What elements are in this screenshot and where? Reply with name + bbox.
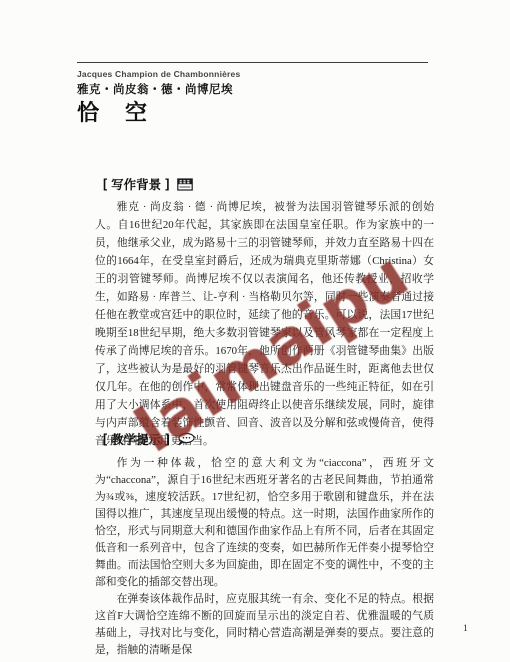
- bracket-open: [: [103, 432, 107, 446]
- page-title: 恰 空: [77, 96, 149, 127]
- paragraph: 雅克 · 尚皮翁 · 德 · 尚博尼埃，被誉为法国羽管键琴乐派的创始人。自16世…: [95, 198, 434, 450]
- author-name-latin: Jacques Champion de Chambonnières: [77, 69, 240, 79]
- bracket-close: ]: [165, 432, 169, 446]
- section-heading-teaching-tips: [ 教学提示 ]: [103, 430, 195, 448]
- header-rule: [77, 62, 428, 63]
- bracket-close: ]: [165, 177, 169, 191]
- section-body-writing-background: 雅克 · 尚皮翁 · 德 · 尚博尼埃，被誉为法国羽管键琴乐派的创始人。自16世…: [95, 198, 434, 450]
- section-body-teaching-tips: 作为一种体裁，恰空的意大利文为“ciaccona”，西班牙文为“chaccona…: [95, 455, 434, 659]
- section-label: 写作背景: [111, 175, 161, 193]
- author-name-chinese: 雅克・尚皮翁・德・尚博尼埃: [77, 81, 233, 97]
- speech-bubble-icon: [177, 432, 195, 446]
- page-number: 1: [463, 624, 468, 634]
- document-page: Jacques Champion de Chambonnières 雅克・尚皮翁…: [0, 0, 510, 662]
- section-heading-writing-background: [ 写作背景 ]: [103, 175, 193, 193]
- paragraph: 作为一种体裁，恰空的意大利文为“ciaccona”，西班牙文为“chaccona…: [95, 455, 434, 591]
- section-label: 教学提示: [111, 430, 161, 448]
- paragraph: 在弹奏该体裁作品时，应克服其统一有余、变化不足的特点。根据这首F大调恰空连绵不断…: [95, 591, 434, 659]
- bracket-open: [: [103, 177, 107, 191]
- book-icon: [177, 178, 193, 191]
